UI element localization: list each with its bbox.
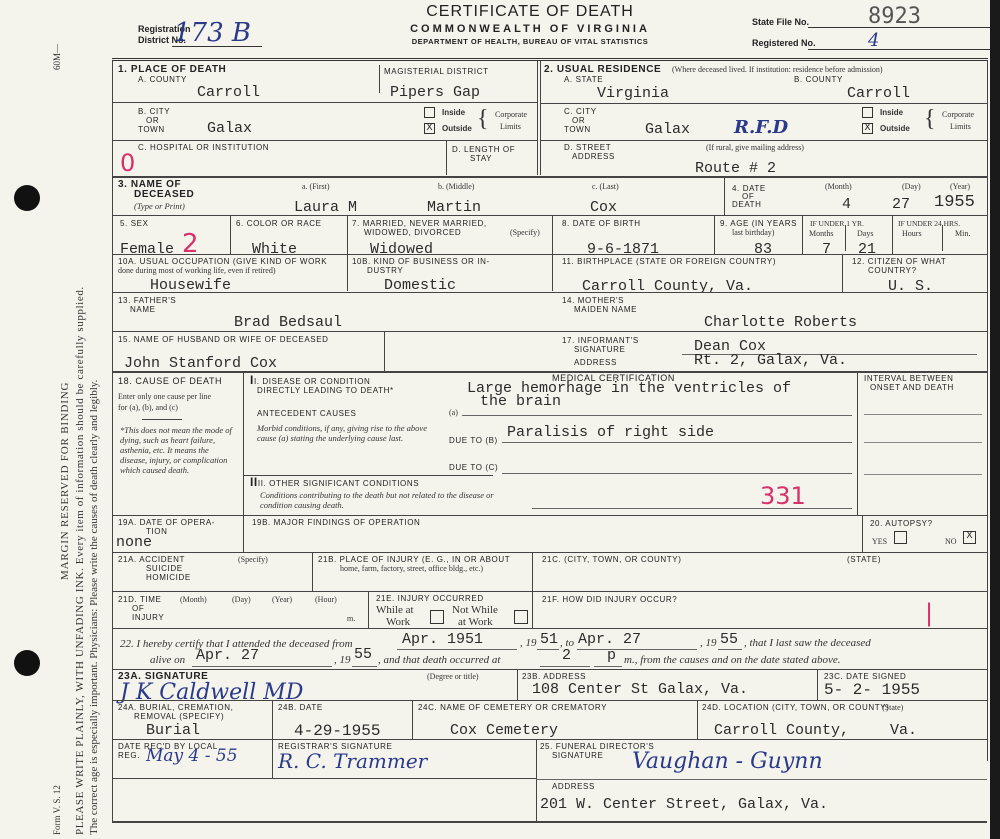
not-at-work-checkbox[interactable] [514,610,528,624]
attended-from: Apr. 1951 [402,632,483,648]
cause-b: Paralisis of right side [507,425,714,441]
marital-status: Widowed [370,242,433,258]
residence-county: Carroll [847,86,910,102]
autopsy-yes-checkbox[interactable] [894,531,907,544]
death-county: Carroll [197,85,260,101]
attended-from-year: 51 [540,632,558,648]
attended-to: Apr. 27 [578,632,641,648]
form-number: Form V. S. 12 [52,785,62,835]
residence-inside-limits-checkbox[interactable] [862,107,873,118]
last-seen-alive: Apr. 27 [196,648,259,664]
while-at-work-checkbox[interactable] [430,610,444,624]
birth-date: 9-6-1871 [587,242,659,258]
race: White [252,242,297,258]
last-seen-year: 55 [354,647,372,663]
cause-a-line-2: the brain [480,394,561,410]
residence-city: Galax [645,122,690,138]
certificate-form: 1. PLACE OF DEATH a. COUNTY Carroll MAGI… [112,58,988,820]
registered-no-label: Registered No. [752,38,816,48]
binding-hole-top [14,185,40,211]
deceased-first-name: Laura M [294,200,357,216]
autopsy-no-checkbox[interactable]: X [963,531,976,544]
funeral-director-signature: Vaughan - Guynn [632,749,823,774]
burial-location-state: Va. [890,723,917,739]
registration-district-value: 173 B [172,20,262,47]
mother-maiden-name: Charlotte Roberts [704,315,857,331]
instruction-line-1: PLEASE WRITE PLAINLY, WITH UNFADING INK.… [74,45,86,835]
death-certificate: Form V. S. 12 MARGIN RESERVED FOR BINDIN… [0,0,1000,839]
hospital-mark: 0 [120,149,135,177]
scan-edge [990,0,1000,839]
cause-footnote: *This does not mean the mode of dying, s… [120,425,238,475]
brace-icon: { [924,107,936,131]
residence-outside-limits-checkbox[interactable]: X [862,123,873,134]
registered-no-value: 4 [808,30,990,50]
disposition-date: 4-29-1955 [294,723,380,739]
binding-hole-bottom [14,650,40,676]
code-mark: 331 [760,482,806,510]
informant-address: Rt. 2, Galax, Va. [694,353,847,369]
disposition-type: Burial [146,723,200,739]
sex: Female [120,242,174,258]
instruction-line-2: The correct age is especially important.… [88,45,100,835]
red-tick-mark: | [925,599,933,627]
certificate-title: CERTIFICATE OF DEATH COMMONWEALTH OF VIR… [380,3,680,46]
age-days: 21 [858,242,876,258]
state-file-value: 8923 [808,4,990,28]
deceased-middle-name: Martin [427,200,481,216]
deceased-last-name: Cox [590,200,617,216]
cemetery-name: Cox Cemetery [450,723,558,739]
brace-icon: { [477,107,489,131]
binding-margin: Form V. S. 12 MARGIN RESERVED FOR BINDIN… [52,0,112,839]
residence-state: Virginia [597,86,669,102]
physician-address: 108 Center St Galax, Va. [532,682,748,698]
registrar-signature: R. C. Trammer [278,749,427,773]
death-day: 27 [892,197,910,213]
death-year: 1955 [934,195,975,211]
rfd-annotation: R.F.D [734,117,788,138]
age: 83 [754,242,772,258]
spouse-name: John Stanford Cox [124,356,277,372]
date-received-by-registrar: May 4 - 55 [146,746,238,766]
state-file-label: State File No. [752,17,809,27]
date-signed: 5- 2- 1955 [824,682,920,698]
operation-date: none [116,535,152,551]
binding-note: MARGIN RESERVED FOR BINDING [59,382,71,580]
physician-signature: J K Caldwell MD [120,680,303,705]
residence-street: Route # 2 [695,161,776,177]
print-code: 60M— [52,44,62,70]
age-months: 7 [822,242,831,258]
magisterial-district: Pipers Gap [390,85,480,101]
death-city: Galax [207,121,252,137]
place-of-death-label: 1. PLACE OF DEATH [118,65,226,74]
burial-location: Carroll County, [714,723,849,739]
death-hour: 2 [562,648,571,664]
death-ampm: p [607,648,616,664]
death-outside-limits-checkbox[interactable]: X [424,123,435,134]
funeral-home-address: 201 W. Center Street, Galax, Va. [540,797,828,813]
attended-to-year: 55 [720,632,738,648]
death-month: 4 [842,197,851,213]
father-name: Brad Bedsaul [234,315,342,331]
death-inside-limits-checkbox[interactable] [424,107,435,118]
